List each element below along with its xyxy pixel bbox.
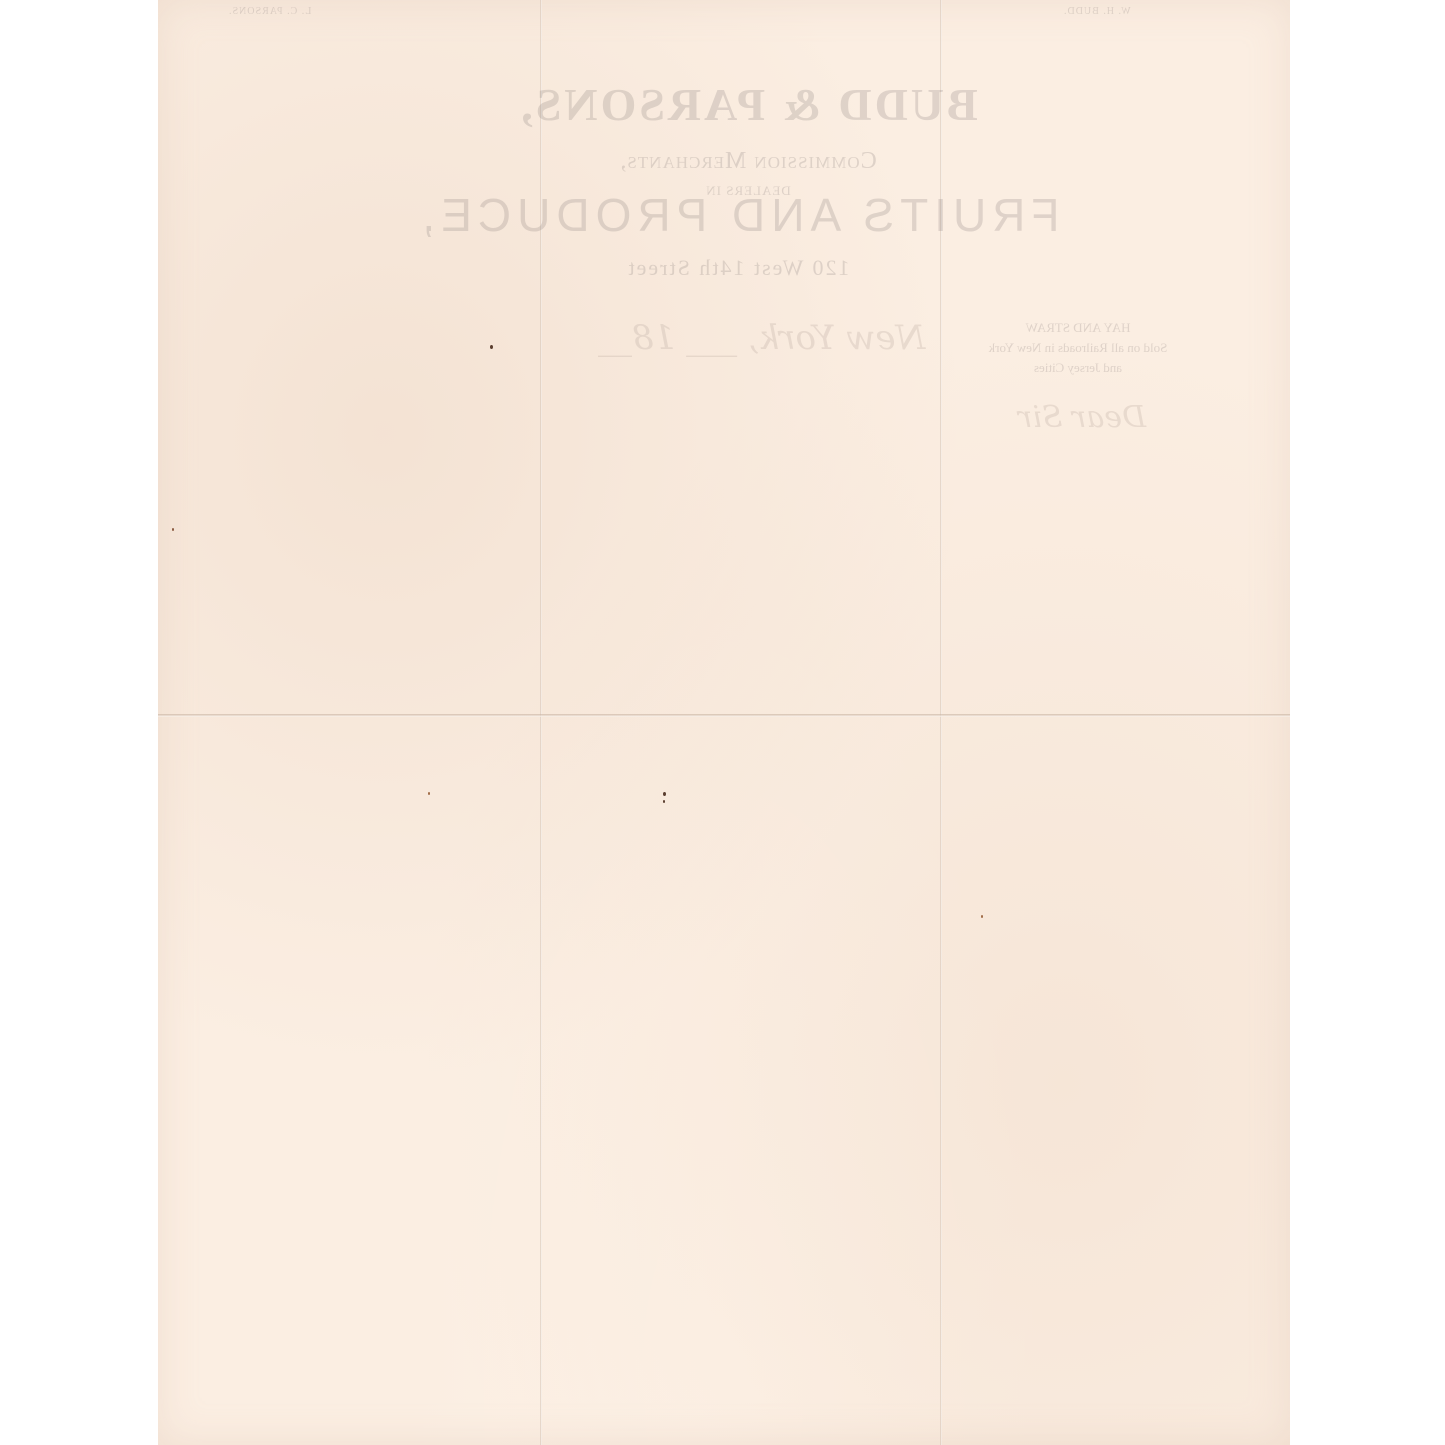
partner-name-right: W. H. BUDD. (1063, 6, 1131, 17)
goods-heading: FRUITS AND PRODUCE, (378, 188, 1098, 242)
horizontal-fold (158, 714, 1290, 717)
side-note: HAY AND STRAW Sold on all Railroads in N… (963, 318, 1193, 378)
paper-speck (981, 915, 983, 918)
paper-speck (663, 792, 666, 796)
side-note-line: and Jersey Cities (963, 358, 1193, 378)
firm-name: BUDD & PARSONS, (488, 78, 1008, 131)
side-note-line: Sold on all Railroads in New York (963, 338, 1193, 358)
firm-address: 120 West 14th Street (538, 255, 938, 281)
firm-subtitle: Commission Merchants, (538, 148, 958, 175)
partner-name-left: L. C. PARSONS. (228, 6, 311, 17)
handwritten-salutation: Dear Sir (1018, 400, 1146, 435)
paper-speck (172, 528, 174, 531)
document-page: L. C. PARSONS. W. H. BUDD. BUDD & PARSON… (158, 0, 1290, 1445)
paper-speck (663, 800, 665, 803)
paper-speck (428, 792, 430, 795)
handwritten-place-date: New York, ___ 18__ (598, 318, 925, 358)
paper-speck (490, 345, 493, 349)
side-note-line: HAY AND STRAW (963, 318, 1193, 338)
